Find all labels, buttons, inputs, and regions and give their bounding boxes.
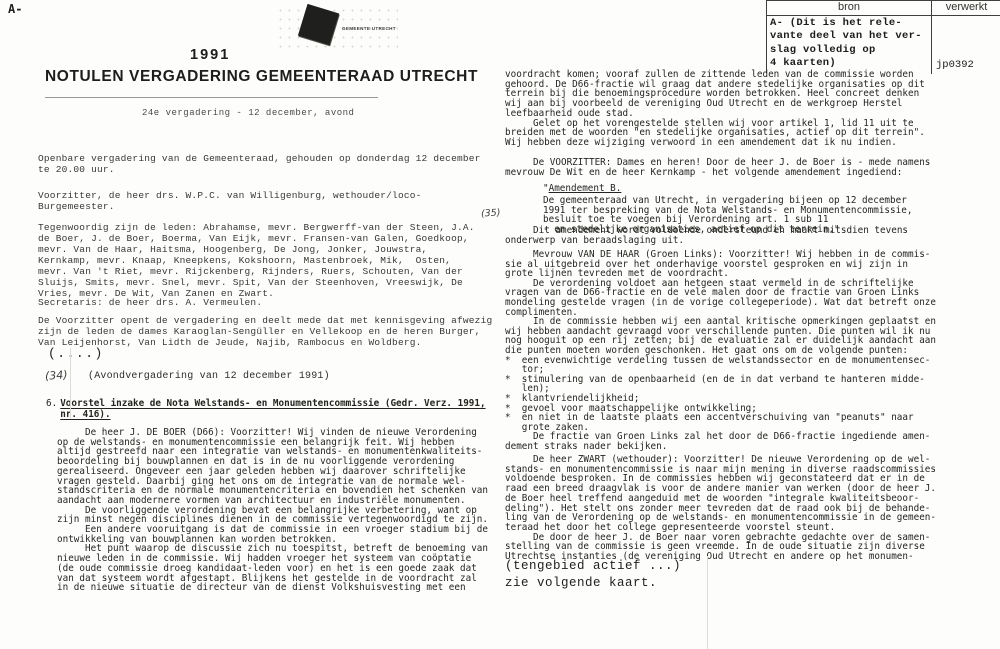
intro-paragraph-members: Tegenwoordig zijn de leden: Abrahamse, m… xyxy=(38,222,475,299)
stamp-verwerkt-code: jp0392 xyxy=(932,59,974,74)
amendment-title: Amendement B. xyxy=(549,183,622,194)
amendment-support-paragraph: Dit amendement wordt voldoende ondersteu… xyxy=(505,226,908,245)
continuation-paragraph: voordracht komen; vooraf zullen de zitte… xyxy=(505,70,925,148)
amendment-title-line: "Amendement B. xyxy=(543,178,912,196)
session-subtitle: 24e vergadering - 12 december, avond xyxy=(142,108,354,118)
speech-zwart: De heer ZWART (wethouder): Voorzitter! D… xyxy=(505,455,936,562)
stamp-bron-note: A- (Dit is het rele- vante deel van het … xyxy=(767,16,931,74)
intro-paragraph-absent: De Voorzitter opent de vergadering en de… xyxy=(38,315,492,348)
closing-annotation: (tengebied actief ...) zie volgende kaar… xyxy=(505,558,681,591)
speech-van-de-haar: Mevrouw VAN DE HAAR (Groen Links): Voorz… xyxy=(505,250,936,451)
speech-de-boer: De heer J. DE BOER (D66): Voorzitter! Wi… xyxy=(57,428,488,593)
intro-paragraph-secretary: Secretaris: de heer drs. A. Vermeulen. xyxy=(38,297,262,308)
agenda-item-heading: Voorstel inzake de Nota Welstands- en Mo… xyxy=(60,398,485,420)
stamp-verwerkt-cell: jp0392 xyxy=(931,16,1000,74)
gemeente-utrecht-logo: GEMEENTE UTRECHT xyxy=(276,6,398,50)
logo-label: GEMEENTE UTRECHT xyxy=(342,26,396,31)
stamp-box: bron verwerkt A- (Dit is het rele- vante… xyxy=(766,0,1000,73)
year-heading: 1991 xyxy=(190,47,230,63)
stamp-header-bron: bron xyxy=(767,1,931,15)
intro-paragraph-chairman: Voorzitter, de heer drs. W.P.C. van Will… xyxy=(38,190,422,212)
ellipsis-note: (....) xyxy=(48,346,104,361)
title-divider xyxy=(45,97,378,98)
stamp-body-row: A- (Dit is het rele- vante deel van het … xyxy=(767,16,1000,74)
session-annotation: (Avondvergadering van 12 december 1991) xyxy=(88,371,330,382)
corner-marker: A- xyxy=(8,2,22,16)
margin-note-34: (34) xyxy=(45,368,68,383)
agenda-item-6-heading-row: 6. Voorstel inzake de Nota Welstands- en… xyxy=(46,398,486,420)
page-title: NOTULEN VERGADERING GEMEENTERAAD UTRECHT xyxy=(45,68,478,86)
scan-fold-line-left xyxy=(70,348,71,418)
scan-fold-line-right xyxy=(707,556,708,649)
stamp-header-row: bron verwerkt xyxy=(767,1,1000,16)
stamp-header-verwerkt: verwerkt xyxy=(931,1,1000,15)
chair-statement: De VOORZITTER: Dames en heren! Door de h… xyxy=(505,158,930,177)
intro-paragraph-opening: Openbare vergadering van de Gemeenteraad… xyxy=(38,153,481,175)
agenda-item-number: 6. xyxy=(46,398,57,420)
scanned-minutes-page: A- GEMEENTE UTRECHT 1991 NOTULEN VERGADE… xyxy=(0,0,1000,649)
margin-note-35: (35) xyxy=(481,207,501,219)
